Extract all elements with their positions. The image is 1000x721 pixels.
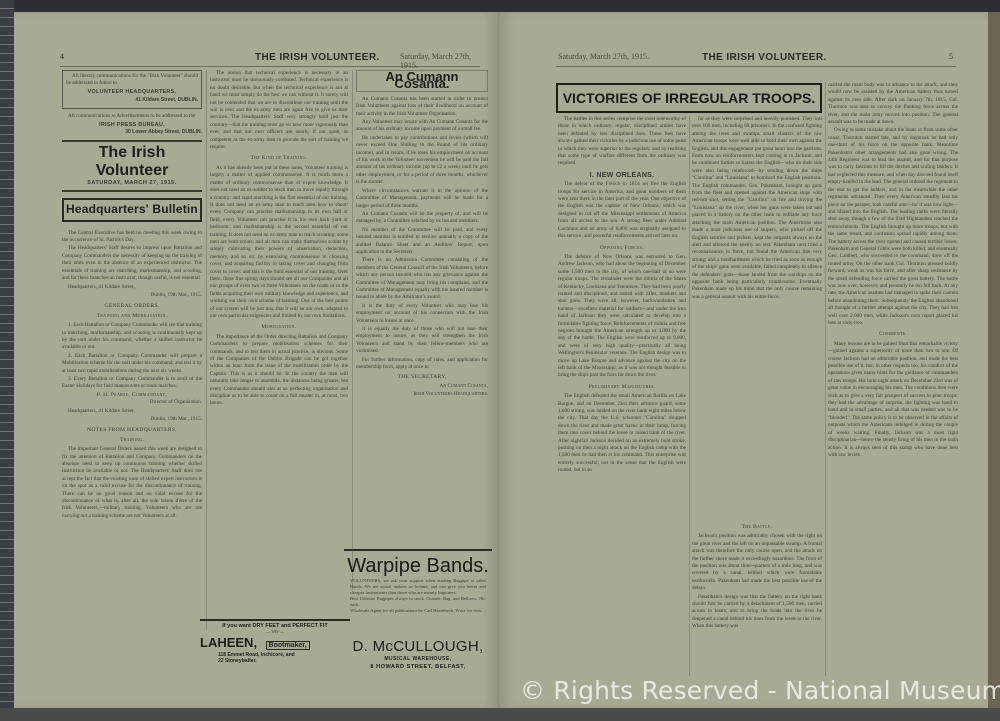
subheading: Mobilisation.	[210, 324, 348, 331]
article-paragraph: Where circumstances warrant it in the op…	[356, 188, 488, 210]
page-number: 4	[60, 52, 64, 61]
laheen-trade: Bootmaker,	[266, 641, 310, 650]
signoff-line: Headquarters, 41 Kildare Street,	[62, 408, 202, 415]
masthead-date: SATURDAY, MARCH 27, 1915.	[62, 180, 202, 192]
subheading: Training and Mobilisation.	[62, 313, 202, 320]
subheading: Opposing Forces.	[558, 245, 686, 252]
secretary-line: Irish Volunteers Headquarters.	[356, 391, 488, 398]
page-header: 4 THE IRISH VOLUNTEER. Saturday, March 2…	[60, 50, 480, 67]
warpipe-text: Best Uilleann Bagpipes always in stock. …	[350, 596, 486, 608]
newspaper-title: THE IRISH VOLUNTEER.	[702, 52, 827, 63]
article-paragraph: For further information, copy of rules, …	[356, 357, 488, 372]
hq-address: 41 Kildare Street, DUBLIN.	[66, 97, 198, 104]
warpipe-text: VOLUNTEERS, we ask your support when sta…	[350, 578, 486, 596]
warpipe-title: Warpipe Bands.	[344, 549, 492, 577]
article-paragraph: The English defeated the small American …	[558, 393, 686, 474]
issue-date: Saturday, March 27th, 1915.	[558, 52, 649, 61]
article-paragraph: carried the main body was to advance to …	[828, 82, 958, 126]
secretary-line: An Cumann Cosanta,	[356, 383, 488, 390]
column-3: An Cumann Cosanta. An Cumann Cosanta has…	[356, 70, 488, 400]
article-paragraph: He undertakes to pay contributions and l…	[356, 135, 488, 187]
headline: VICTORIES OF IRREGULAR TROOPS.	[556, 83, 822, 113]
general-order: 1. Each Battalion or Company Commander w…	[62, 322, 202, 352]
subheading: Training.	[62, 437, 202, 444]
notes-paragraph: The important General Orders issued this…	[62, 446, 202, 520]
newspaper-title: THE IRISH VOLUNTEER.	[255, 52, 380, 63]
page-header: Saturday, March 27th, 1915. THE IRISH VO…	[556, 50, 956, 67]
mccullough-subtitle: MUSICAL WAREHOUSE,	[344, 656, 492, 662]
subheading: Comments.	[828, 331, 958, 338]
signoff-line: Dublin, 19th Mar., 1915.	[62, 416, 202, 423]
mccullough-name: D. McCULLOUGH,	[344, 639, 492, 655]
laheen-address: 22 Stoneybatter.	[200, 658, 350, 664]
bulletin-paragraph: The Headquarters' Staff desires to impre…	[62, 245, 202, 282]
issue-date: Saturday, March 27th, 1915.	[400, 52, 480, 70]
article-paragraph: An Cumann Cosanta has been started in or…	[356, 96, 488, 118]
signoff-line: Dublin, 19th Mar., 1915.	[62, 292, 202, 299]
general-order: 3. Every Battalion or Company Commander …	[62, 376, 202, 391]
article-paragraph: As it has already been put in these note…	[210, 165, 348, 321]
article-paragraph: It is the duty of every Volunteer who ma…	[356, 303, 488, 325]
laheen-name: LAHEEN,	[200, 635, 257, 650]
article-paragraph: Owing to some mistake about the boats or…	[828, 127, 958, 327]
page-edge	[988, 12, 1000, 710]
article-paragraph: No member of the Committee will be paid,…	[356, 227, 488, 257]
literary-notice-box: All literary communications for the "Iri…	[62, 70, 202, 109]
mccullough-address: 8 HOWARD STREET, BELFAST,	[344, 664, 492, 670]
article-paragraph: The defeat of the French in 1814 set fre…	[558, 181, 686, 240]
order-signatory-title: Director of Organisation.	[62, 399, 202, 406]
section-heading: I. NEW ORLEANS.	[558, 172, 686, 179]
masthead: The Irish Volunteer	[62, 140, 202, 180]
article-paragraph: Many lessons are to be gained from this …	[828, 341, 958, 460]
section-heading: NOTES FROM HEADQUARTERS.	[62, 427, 202, 434]
ads-notice: All communications re Advertisements to …	[62, 113, 202, 120]
press-bureau-address: 30 Lower Abbey Street, DUBLIN.	[62, 129, 202, 136]
column-1: The battles in this series comprise the …	[558, 116, 686, 476]
subheading: The Kind of Training.	[210, 155, 348, 162]
article-paragraph: Jackson's position was admirably chosen …	[692, 533, 822, 592]
hq-name: VOLUNTEER HEADQUARTERS,	[66, 89, 198, 96]
page-number: 5	[949, 52, 953, 61]
bottom-edge	[0, 708, 1000, 721]
article-paragraph: The importance of the Order directing Ba…	[210, 334, 348, 408]
article-paragraph: Any Volunteer may insure with An Cumann …	[356, 119, 488, 134]
general-order: 2. Each Battalion or Company Commander w…	[62, 353, 202, 375]
column-rule	[689, 116, 690, 676]
subheading: Preliminary Manoeuvres.	[558, 384, 686, 391]
film-edge-strip	[0, 0, 14, 721]
column-3: carried the main body was to advance to …	[828, 82, 958, 460]
signoff-line: Headquarters, 41 Kildare Street,	[62, 284, 202, 291]
article-paragraph: far as they were surprised and heavily p…	[692, 116, 822, 301]
secretary-line: THE SECRETARY,	[356, 374, 488, 381]
column-1: All literary communications for the "Iri…	[62, 70, 202, 521]
copyright-watermark: © Rights Reserved - National Museum of I…	[520, 676, 1000, 705]
newspaper-page-5: Saturday, March 27th, 1915. THE IRISH VO…	[499, 12, 988, 710]
column-rule	[825, 82, 826, 676]
laheen-advert: If you want DRY FEET and PERFECT FIT — T…	[200, 619, 350, 664]
warpipe-text: Wholesale Agent for all publications by …	[350, 608, 486, 614]
bulletin-paragraph: The Central Executive has held no meetin…	[62, 230, 202, 245]
bulletin-title: Headquarters' Bulletin	[62, 198, 202, 221]
warpipe-advert: Warpipe Bands. VOLUNTEERS, we ask your s…	[344, 549, 492, 615]
article-paragraph: An Cumann Cosanta will be the property o…	[356, 211, 488, 226]
article-paragraph: The notion that technical experience is …	[210, 70, 348, 151]
column-rule	[352, 70, 353, 590]
section-heading: GENERAL ORDERS.	[62, 303, 202, 310]
press-bureau-name: IRISH PRESS BUREAU,	[62, 122, 202, 129]
article-paragraph: There is no Admission Committee consisti…	[356, 257, 488, 301]
column-rule	[206, 70, 207, 630]
article-paragraph: Pakenham's design was that the battery o…	[692, 594, 822, 631]
column-2: The notion that technical experience is …	[210, 70, 348, 409]
mccullough-advert: D. McCULLOUGH, MUSICAL WAREHOUSE, 8 HOWA…	[344, 639, 492, 670]
newspaper-page-4: 4 THE IRISH VOLUNTEER. Saturday, March 2…	[14, 12, 499, 710]
article-paragraph: The battles in this series comprise the …	[558, 116, 686, 168]
literary-notice: All literary communications for the "Iri…	[66, 73, 198, 88]
column-2: far as they were surprised and heavily p…	[692, 116, 822, 302]
cosanta-title: An Cumann Cosanta.	[356, 70, 488, 92]
column-2-continued: The Battle. Jackson's position was admir…	[692, 524, 822, 632]
article-paragraph: The defence of New Orleans was entrusted…	[558, 254, 686, 380]
map-caption: The Battle.	[692, 524, 822, 531]
article-paragraph: It is equally the duty of those who will…	[356, 326, 488, 356]
